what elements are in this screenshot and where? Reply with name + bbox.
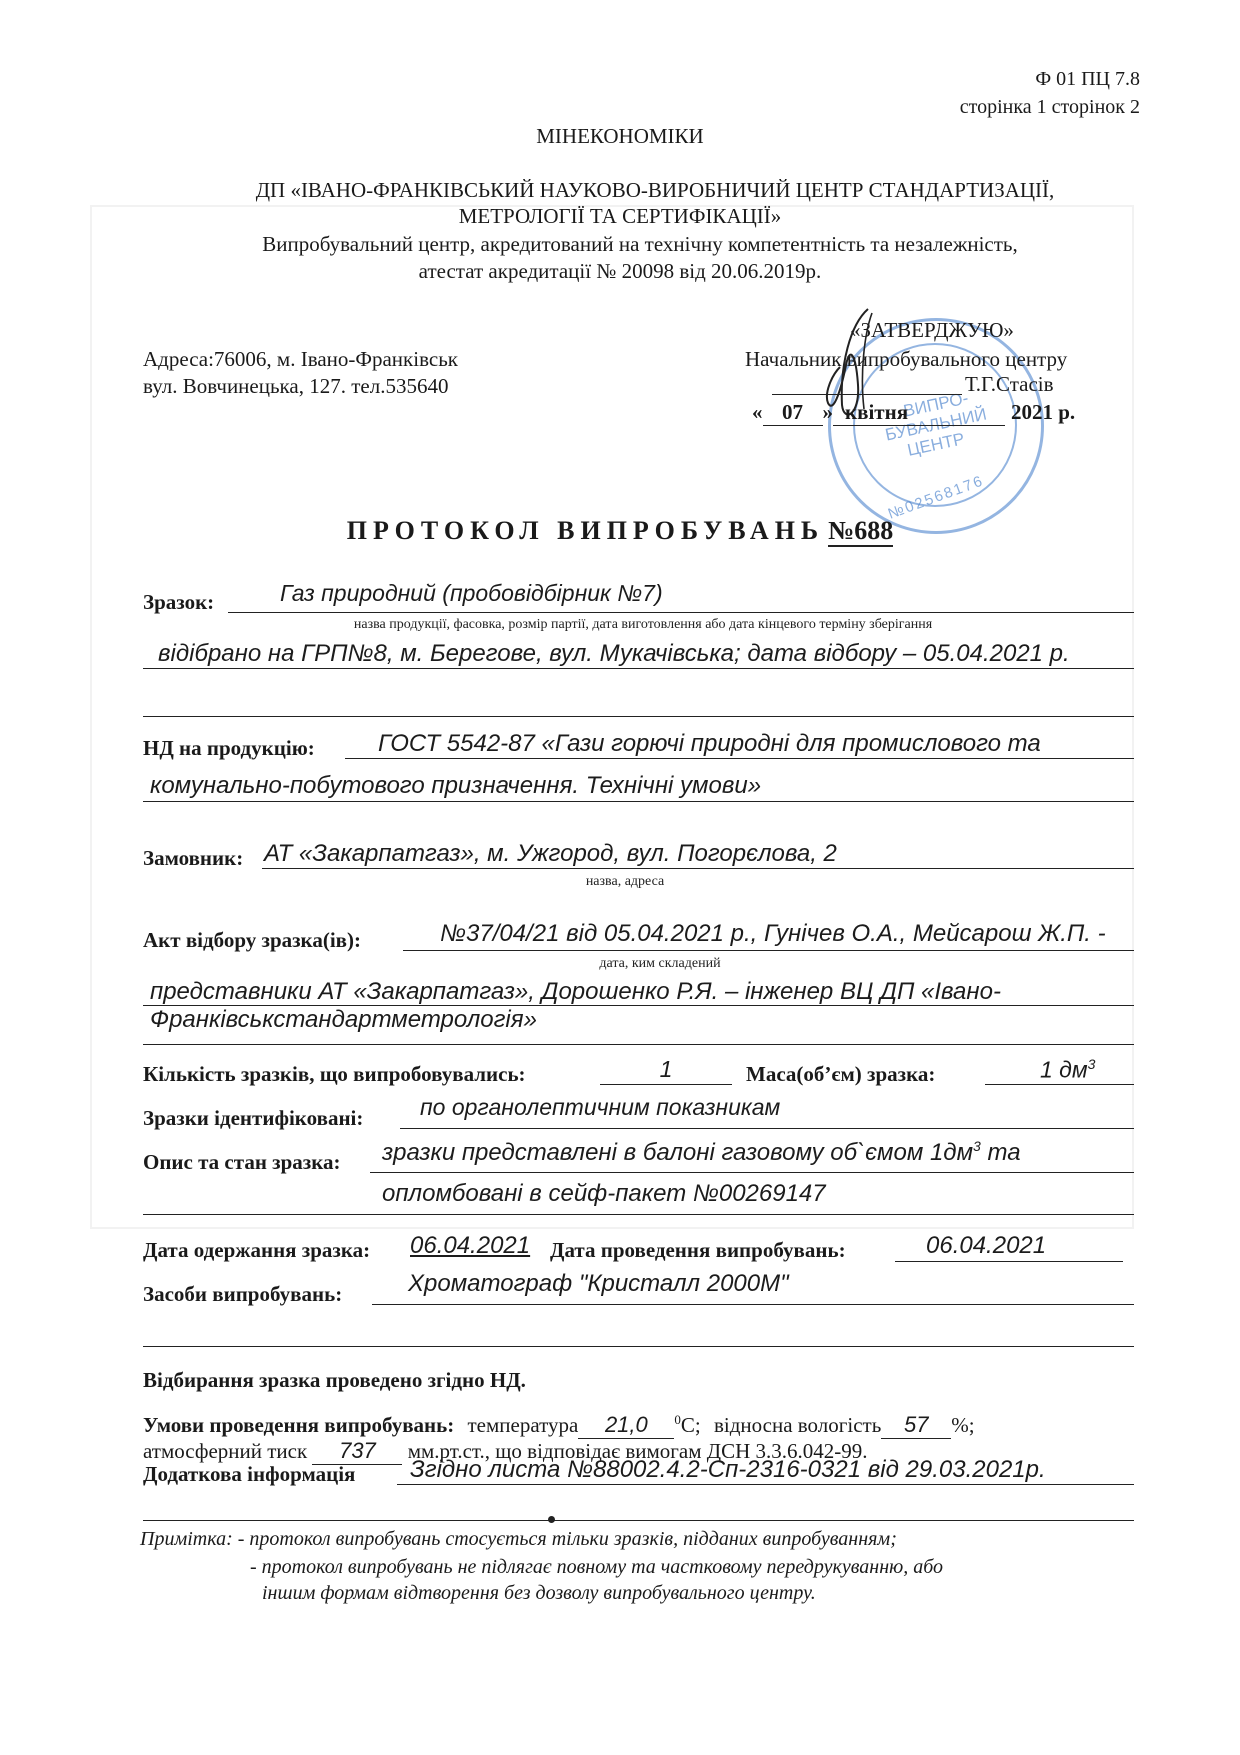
approval-year: 2021 р.: [1011, 400, 1075, 424]
pressure-value: 737: [312, 1438, 402, 1465]
customer-caption: назва, адреса: [540, 874, 710, 890]
conditions-label: Умови проведення випробувань:: [143, 1413, 454, 1437]
act-value-line3: Франківськстандартметрологія»: [150, 1006, 537, 1034]
description-value-line2: опломбовані в сейф-пакет №00269147: [382, 1180, 826, 1208]
test-date-label: Дата проведення випробувань:: [550, 1238, 846, 1263]
customer-label: Замовник:: [143, 846, 243, 871]
description-value-line1: зразки представлені в балоні газовому об…: [382, 1138, 1021, 1167]
note-label: Примітка:: [140, 1528, 233, 1550]
accreditation-line2: атестат акредитації № 20098 від 20.06.20…: [0, 259, 1240, 284]
address-line2: вул. Вовчинецька, 127. тел.535640: [143, 374, 448, 399]
ministry: МІНЕКОНОМІКИ: [0, 124, 1240, 149]
note-item2-line1: - протокол випробувань не підлягає повно…: [250, 1556, 943, 1579]
approver-name: Т.Г.Стасів: [965, 372, 1054, 397]
org-name-line2: МЕТРОЛОГІЇ ТА СЕРТИФІКАЦІЇ»: [0, 204, 1240, 229]
temperature-label: температура: [468, 1413, 579, 1437]
act-value-line1: №37/04/21 від 05.04.2021 р., Гунічев О.А…: [440, 920, 1106, 948]
mass-value-text: 1 дм: [1040, 1057, 1088, 1083]
count-label: Кількість зразків, що випробовувались:: [143, 1062, 526, 1087]
act-caption: дата, ким складений: [530, 956, 790, 972]
description-line1-sup: 3: [973, 1138, 981, 1154]
approval-day: 07: [763, 400, 823, 426]
nd-label: НД на продукцію:: [143, 736, 315, 761]
mass-value-sup: 3: [1088, 1056, 1096, 1072]
identified-value: по органолептичним показникам: [420, 1094, 780, 1121]
description-line1-a: зразки представлені в балоні газовому об…: [382, 1139, 973, 1166]
date-open-quote: «: [752, 400, 763, 424]
means-label: Засоби випробувань:: [143, 1282, 342, 1307]
note-item2-line2: іншим формам відтворення без дозволу вип…: [262, 1582, 816, 1605]
humidity-unit: %;: [951, 1413, 974, 1437]
protocol-number: №688: [828, 516, 893, 547]
sample-label: Зразок:: [143, 590, 214, 615]
description-line1-b: та: [981, 1139, 1021, 1166]
sample-caption: назва продукції, фасовка, розмір партії,…: [143, 617, 1143, 633]
additional-label: Додаткова інформація: [143, 1462, 355, 1487]
conditions-line1: Умови проведення випробувань: температур…: [143, 1412, 975, 1439]
act-value-line2: представники АТ «Закарпатгаз», Дорошенко…: [150, 978, 1001, 1006]
humidity-label: відносна вологість: [714, 1413, 881, 1437]
approval-date: «07»квітня2021 р.: [752, 400, 1075, 426]
nd-value-line1: ГОСТ 5542-87 «Гази горючі природні для п…: [378, 730, 1041, 758]
means-value: Хроматограф "Кристалл 2000М": [408, 1270, 789, 1298]
pressure-label: атмосферний тиск: [143, 1439, 307, 1463]
temperature-value: 21,0: [578, 1412, 674, 1439]
mass-label: Маса(об’єм) зразка:: [746, 1062, 935, 1087]
accreditation-line1: Випробувальний центр, акредитований на т…: [0, 232, 1240, 257]
received-date-label: Дата одержання зразка:: [143, 1238, 370, 1263]
sampling-note: Відбирання зразка проведено згідно НД.: [143, 1368, 526, 1393]
mass-value: 1 дм3: [1040, 1056, 1095, 1084]
note: Примітка: - протокол випробувань стосуєт…: [140, 1528, 897, 1551]
address-line1: Адреса:76006, м. Івано-Франківськ: [143, 347, 458, 372]
identified-label: Зразки ідентифіковані:: [143, 1106, 363, 1131]
sample-value: Газ природний (пробовідбірник №7): [280, 580, 663, 607]
sample-value-line2: відібрано на ГРП№8, м. Берегове, вул. Му…: [158, 640, 1070, 668]
note-item1: - протокол випробувань стосується тільки…: [238, 1528, 897, 1550]
approval-position: Начальник випробувального центру: [745, 347, 1067, 372]
description-label: Опис та стан зразка:: [143, 1150, 341, 1175]
approval-month: квітня: [833, 400, 1005, 426]
page-info: сторінка 1 сторінок 2: [960, 96, 1140, 119]
count-value: 1: [600, 1056, 732, 1083]
protocol-title: ПРОТОКОЛ ВИПРОБУВАНЬ№688: [0, 516, 1240, 546]
humidity-value: 57: [881, 1412, 951, 1439]
nd-value-line2: комунально-побутового призначення. Техні…: [150, 772, 761, 800]
date-close-quote: »: [823, 400, 834, 424]
dot-mark: [548, 1516, 555, 1523]
additional-value: Згідно листа №88002.4.2-Сп-2316-0321 від…: [410, 1456, 1046, 1484]
protocol-title-text: ПРОТОКОЛ ВИПРОБУВАНЬ: [347, 516, 824, 545]
org-name-line1: ДП «ІВАНО-ФРАНКІВСЬКИЙ НАУКОВО-ВИРОБНИЧИ…: [0, 178, 1240, 203]
test-date-value: 06.04.2021: [926, 1232, 1046, 1260]
temperature-unit: С;: [681, 1413, 701, 1437]
received-date-value: 06.04.2021: [410, 1232, 530, 1260]
form-code: Ф 01 ПЦ 7.8: [1035, 68, 1140, 91]
customer-value: АТ «Закарпатгаз», м. Ужгород, вул. Погор…: [264, 840, 837, 868]
act-label: Акт відбору зразка(ів):: [143, 928, 361, 953]
